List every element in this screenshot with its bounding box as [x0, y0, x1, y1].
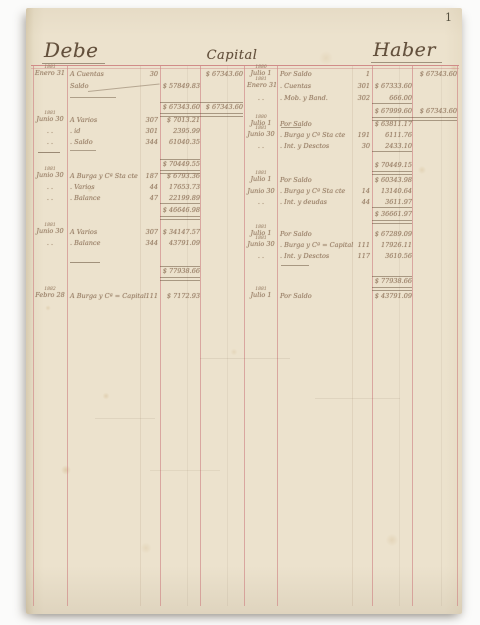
credit-total-underline [372, 174, 412, 175]
ink-stroke [315, 398, 400, 399]
credit-total-underline [372, 287, 412, 288]
debit-amount: $ 77938.66 [160, 268, 200, 275]
ink-stroke [281, 265, 309, 266]
credit-year: 1880 [247, 66, 275, 70]
credit-year: 1880 [247, 116, 275, 120]
credit-folio: 117 [326, 253, 370, 260]
credit-amount: $ 70449.15 [372, 162, 412, 169]
photo-backdrop: { "page": { "number": "1" }, "header": {… [0, 0, 480, 625]
debit-sum-line [160, 159, 200, 160]
credit-amount: $ 67999.60 [372, 108, 412, 115]
credit-folio: 44 [326, 199, 370, 206]
credit-amount: $ 60343.98 [372, 177, 412, 184]
credit-underline [372, 207, 412, 208]
ink-stroke [95, 418, 155, 419]
credit-date: . . [247, 199, 275, 206]
credit-amount: $ 36661.97 [372, 211, 412, 218]
ink-stroke [38, 152, 60, 153]
credit-folio: 302 [326, 95, 370, 102]
credit-amount: $ 67333.60 [372, 83, 412, 90]
credit-date: 1881Junio 30 [247, 237, 275, 248]
credit-amount: 3610.56 [372, 253, 412, 260]
page-number: 1 [445, 11, 452, 24]
credit-date: . . [247, 95, 275, 102]
credit-ledger-row: $ 77938.66 [26, 278, 462, 290]
credit-date: 1881Julio 1 [247, 172, 275, 183]
credit-amount: $ 43791.09 [372, 293, 412, 300]
credit-date: 1881Junio 30 [247, 127, 275, 138]
credit-total-underline [372, 171, 412, 172]
ink-stroke [70, 262, 100, 263]
credit-folio: 191 [326, 132, 370, 139]
credit-ledger-row: $ 67999.60$ 67343.60 [26, 108, 462, 120]
ledger-page: 1 Debe Capital Haber 1881Enero 31A Cuent… [26, 8, 462, 614]
debit-sum-line [160, 266, 200, 267]
credit-underline [372, 151, 412, 152]
credit-ledger-row: . .. Int. y Desctos1173610.56 [26, 253, 462, 265]
credit-ledger-row: $ 36661.97 [26, 211, 462, 223]
credit-folio: 30 [326, 143, 370, 150]
credit-outer-amount: $ 67343.60 [414, 71, 457, 78]
debit-column-heading: Debe [42, 38, 105, 64]
credit-amount: 3611.97 [372, 199, 412, 206]
debit-year: 1881 [34, 224, 66, 228]
credit-description: Por Saldo [280, 231, 348, 238]
credit-column-heading: Haber [371, 39, 442, 63]
credit-description: Por Saldo [280, 177, 348, 184]
credit-amount: 2433.10 [372, 143, 412, 150]
credit-year: 1881 [247, 237, 275, 241]
credit-folio: 14 [326, 188, 370, 195]
credit-ledger-row: . .. Int. y Desctos302433.10 [26, 143, 462, 155]
credit-year: 1881 [247, 226, 275, 230]
ink-stroke [281, 127, 301, 128]
credit-amount: 13140.64 [372, 188, 412, 195]
credit-ledger-row: $ 70449.15 [26, 162, 462, 174]
header-rule [31, 65, 459, 66]
credit-amount: $ 77938.66 [372, 278, 412, 285]
credit-total-underline [372, 290, 412, 291]
credit-description: Por Saldo [280, 293, 348, 300]
credit-folio: 301 [326, 83, 370, 90]
credit-folio: 1 [326, 71, 370, 78]
credit-amount: $ 67289.09 [372, 231, 412, 238]
credit-amount: 6111.76 [372, 132, 412, 139]
credit-total-underline [372, 117, 457, 118]
ink-stroke [70, 97, 116, 98]
debit-year: 1881 [34, 66, 66, 70]
credit-amount: 17926.11 [372, 242, 412, 249]
credit-date: 1881Enero 31 [247, 78, 275, 89]
credit-folio: 111 [326, 242, 370, 249]
credit-date: 1881Julio 1 [247, 288, 275, 299]
credit-year: 1881 [247, 172, 275, 176]
credit-total-underline [372, 220, 412, 221]
credit-outer-amount: $ 67343.60 [414, 108, 457, 115]
credit-amount: $ 63811.17 [372, 121, 412, 128]
ink-stroke [70, 150, 96, 151]
credit-date: . . [247, 253, 275, 260]
ink-stroke [150, 470, 220, 471]
credit-ledger-row: 1881Julio 1Por Saldo$ 43791.09 [26, 293, 462, 305]
account-title: Capital [194, 48, 270, 63]
credit-year: 1881 [247, 288, 275, 292]
header-rule-thin [31, 68, 459, 69]
credit-date: . . [247, 143, 275, 150]
credit-amount: 666.00 [372, 95, 412, 102]
credit-underline [372, 103, 412, 104]
credit-total-underline [372, 223, 412, 224]
credit-year: 1881 [247, 127, 275, 131]
credit-date: Junio 30 [247, 188, 275, 195]
ink-stroke [200, 358, 290, 359]
credit-date: 1880Julio 1 [247, 66, 275, 77]
credit-year: 1881 [247, 78, 275, 82]
credit-sum-line [372, 276, 412, 277]
